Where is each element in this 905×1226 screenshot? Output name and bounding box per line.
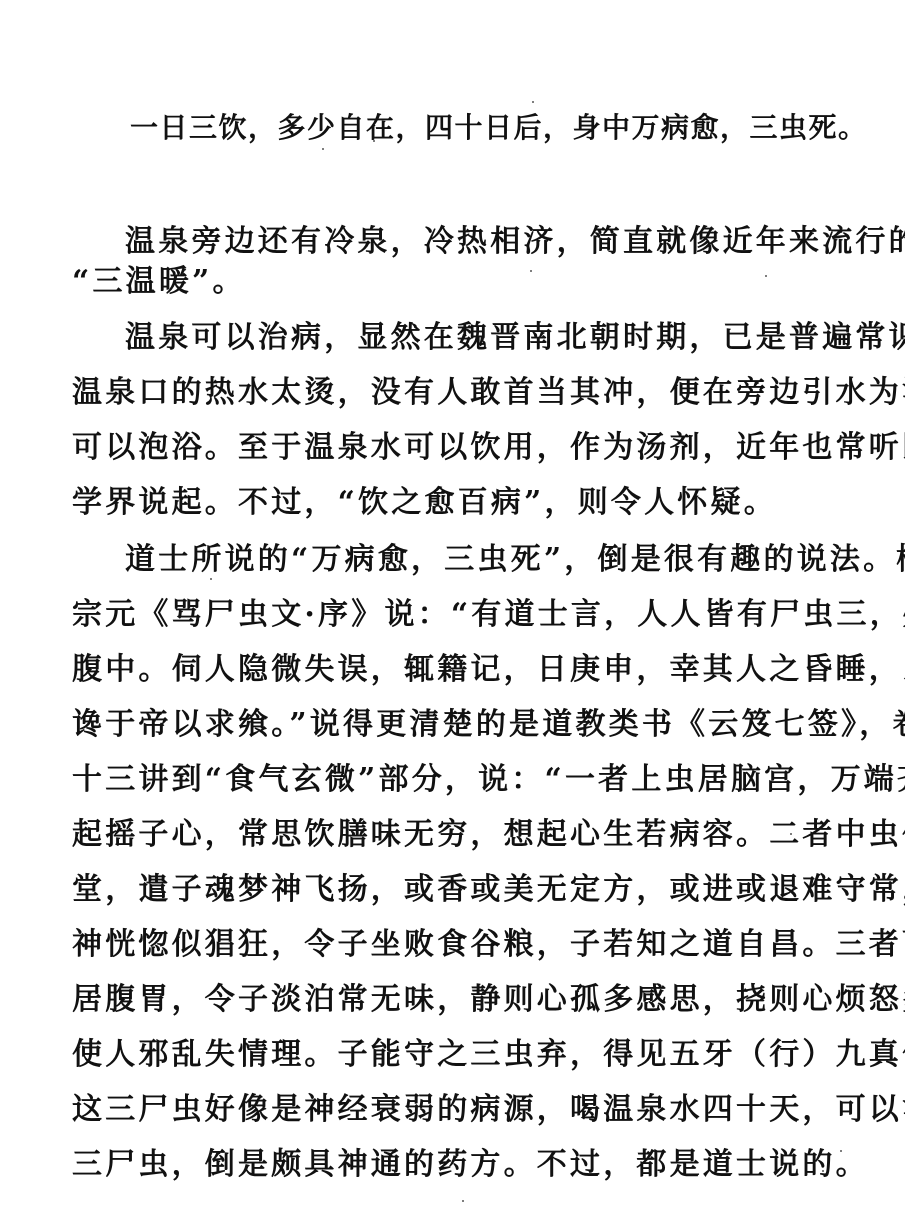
paragraph-3-line-10: 使人邪乱失情理。子能守之三虫弃，得见五牙（行）九真气。” [72, 1035, 832, 1075]
paragraph-2-line-3: 可以泡浴。至于温泉水可以饮用，作为汤剂，近年也常听医 [72, 428, 832, 468]
scan-speck [400, 720, 402, 722]
scan-speck [462, 1200, 464, 1202]
paragraph-2-line-4: 学界说起。不过，“饮之愈百病”，则令人怀疑。 [72, 483, 832, 523]
paragraph-3-line-9: 居腹胃，令子淡泊常无味，静则心孤多感思，挠则心烦怒多起， [72, 980, 832, 1020]
scan-speck [790, 833, 792, 835]
scan-speck [820, 448, 822, 450]
scan-speck [840, 1150, 842, 1152]
scan-speck [373, 140, 375, 142]
paragraph-1-line-2: “三温暖”。 [72, 262, 832, 302]
paragraph-3-line-12: 三尸虫，倒是颇具神通的药方。不过，都是道士说的。 [72, 1145, 832, 1185]
paragraph-3-line-2: 宗元《骂尸虫文·序》说：“有道士言，人人皆有尸虫三，处 [72, 595, 832, 635]
scan-speck [322, 148, 324, 150]
scan-speck [532, 101, 534, 103]
verse-line: 一日三饮，多少自在，四十日后，身中万病愈，三虫死。 [130, 108, 750, 148]
paragraph-3-line-4: 谗于帝以求飨。”说得更清楚的是道教类书《云笈七签》，卷 [72, 705, 832, 745]
scan-speck [765, 275, 767, 277]
scanned-book-page: 一日三饮，多少自在，四十日后，身中万病愈，三虫死。 温泉旁边还有冷泉，冷热相济，… [0, 0, 905, 1226]
paragraph-3-line-8: 神恍惚似猖狂，令子坐败食谷粮，子若知之道自昌。三者下尸 [72, 925, 832, 965]
paragraph-3-line-1: 道士所说的“万病愈，三虫死”，倒是很有趣的说法。柳 [125, 540, 885, 580]
paragraph-1-line-1: 温泉旁边还有冷泉，冷热相济，简直就像近年来流行的 [125, 222, 815, 262]
paragraph-2-line-1: 温泉可以治病，显然在魏晋南北朝时期，已是普遍常识。 [125, 318, 885, 358]
scan-speck [822, 1170, 824, 1172]
scan-speck [530, 270, 532, 272]
paragraph-3-line-7: 堂，遣子魂梦神飞扬，或香或美无定方，或进或退难守常，精 [72, 870, 832, 910]
paragraph-3-line-5: 十三讲到“食气玄微”部分，说：“一者上虫居脑宫，万端齐 [72, 760, 832, 800]
paragraph-3-line-11: 这三尸虫好像是神经衰弱的病源，喝温泉水四十天，可以消灭 [72, 1090, 832, 1130]
paragraph-3-line-3: 腹中。伺人隐微失误，辄籍记，日庚申，幸其人之昏睡，出 [72, 650, 832, 690]
scan-speck [210, 578, 212, 580]
paragraph-2-line-2: 温泉口的热水太烫，没有人敢首当其冲，便在旁边引水为池， [72, 373, 832, 413]
paragraph-3-line-6: 起摇子心，常思饮膳味无穷，想起心生若病容。二者中虫住明 [72, 815, 832, 855]
